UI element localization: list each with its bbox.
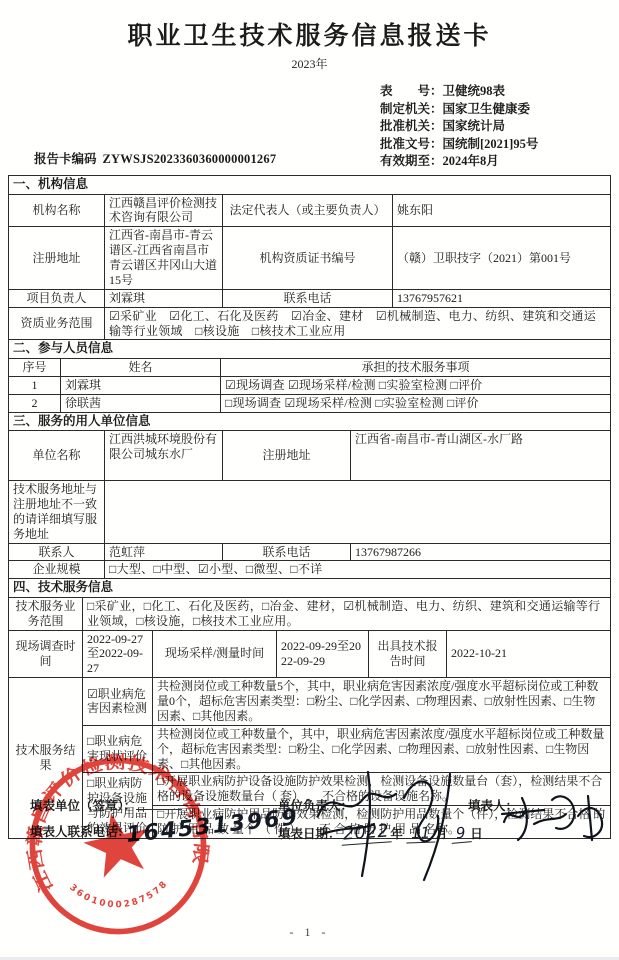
project-manager-value: 刘霖琪 bbox=[105, 289, 223, 307]
report-code-value: ZYWSJS2023360360000001267 bbox=[103, 152, 277, 166]
project-manager-row: 项目负责人 刘霖琪 联系电话 13767957621 bbox=[9, 289, 611, 307]
service-scope-checkboxes: □采矿业，□化工、石化及医药，□冶金、建材，☑机械制造、电力、纺织、建筑和交通运… bbox=[83, 597, 611, 630]
meta-form-number: 表 号：卫健统98表 bbox=[380, 83, 538, 101]
legal-rep-value: 姚东阳 bbox=[393, 194, 611, 227]
report-code-line: 报告卡编码ZYWSJS2023360360000001267 bbox=[34, 149, 276, 167]
org-phone-label: 联系电话 bbox=[223, 289, 393, 307]
employer-address-value: 江西省-南昌市-青山湖区-水厂路 bbox=[351, 431, 611, 481]
personnel-row-2: 2 徐联茜 □现场调查 ☑现场采样/检测 □实验室检测 □评价 bbox=[9, 394, 611, 412]
enterprise-scale-label: 企业规模 bbox=[9, 561, 105, 579]
employer-contact-value: 范虹萍 bbox=[105, 543, 223, 561]
employer-name-row: 单位名称 江西洪城环境股份有限公司城东水厂 注册地址 江西省-南昌市-青山湖区-… bbox=[9, 431, 611, 481]
section2-heading: 二、参与人员信息 bbox=[9, 340, 611, 359]
enterprise-scale-checkboxes: □大型、□中型、☑小型、□微型、□不详 bbox=[105, 561, 611, 579]
employer-name-value: 江西洪城环境股份有限公司城东水厂 bbox=[105, 431, 223, 481]
org-address-row: 注册地址 江西省-南昌市-青云谱区-江西省南昌市青云谱区井冈山大道15号 机构资… bbox=[9, 227, 611, 290]
employer-phone-label: 联系电话 bbox=[223, 543, 351, 561]
org-address-label: 注册地址 bbox=[9, 227, 105, 290]
col-service-header: 承担的技术服务事项 bbox=[221, 358, 611, 376]
org-phone-value: 13767957621 bbox=[393, 289, 611, 307]
result-detection-checkbox: ☑职业病危害因素检测 bbox=[83, 678, 153, 726]
org-name-label: 机构名称 bbox=[9, 194, 105, 227]
employer-contact-label: 联系人 bbox=[9, 543, 105, 561]
meta-approving-agency: 批准机关：国家统计局 bbox=[380, 118, 538, 136]
service-address-row: 技术服务地址与注册地址不一致的请详细填写服务地址 bbox=[9, 481, 611, 544]
section3-heading: 三、服务的用人单位信息 bbox=[9, 412, 611, 431]
org-address-value: 江西省-南昌市-青云谱区-江西省南昌市青云谱区井冈山大道15号 bbox=[105, 227, 223, 290]
result-detection-text: 共检测岗位或工种数量5个，其中，职业病危害因素浓度/强度水平超标岗位或工种数量0… bbox=[153, 678, 611, 726]
service-address-value bbox=[105, 481, 611, 544]
handwritten-day: 9 bbox=[450, 823, 471, 844]
section1-heading: 一、机构信息 bbox=[9, 176, 611, 195]
employer-phone-value: 13767987266 bbox=[351, 543, 611, 561]
result-status-eval-text: 共检测岗位或工种数量个，其中，职业病危害因素浓度/强度水平超标岗位或工种数量个，… bbox=[153, 725, 611, 773]
qualification-scope-checkboxes: ☑采矿业 ☑化工、石化及医药 ☑冶金、建材 ☑机械制造、电力、纺织、建筑和交通运… bbox=[105, 307, 611, 340]
qualification-scope-label: 资质业务范围 bbox=[9, 307, 105, 340]
service-address-label: 技术服务地址与注册地址不一致的请详细填写服务地址 bbox=[9, 481, 105, 544]
survey-time-label: 现场调查时间 bbox=[9, 630, 83, 678]
sampling-time-label: 现场采样/测量时间 bbox=[153, 630, 277, 678]
enterprise-scale-row: 企业规模 □大型、□中型、☑小型、□微型、□不详 bbox=[9, 561, 611, 579]
col-name-header: 姓名 bbox=[61, 358, 221, 376]
personnel-header-row: 序号 姓名 承担的技术服务事项 bbox=[9, 358, 611, 376]
seal-star-icon bbox=[79, 806, 157, 880]
form-table: 一、机构信息 机构名称 江西赣昌评价检测技术咨询有限公司 法定代表人（或主要负责… bbox=[8, 175, 611, 839]
employer-name-label: 单位名称 bbox=[9, 431, 105, 481]
svg-text:3601000287578: 3601000287578 bbox=[66, 863, 174, 921]
sampling-time-value: 2022-09-29至2022-09-29 bbox=[277, 630, 369, 678]
cert-no-label: 机构资质证书编号 bbox=[223, 227, 393, 290]
section2-personnel: 二、参与人员信息 序号 姓名 承担的技术服务事项 1 刘霖琪 ☑现场调查 ☑现场… bbox=[8, 339, 611, 412]
handwritten-year: 2022 bbox=[340, 820, 391, 845]
meta-approval-number: 批准文号：国统制[2021]95号 bbox=[380, 136, 538, 154]
legal-rep-label: 法定代表人（或主要负责人） bbox=[223, 194, 393, 227]
personnel-row-1: 1 刘霖琪 ☑现场调查 ☑现场采样/检测 □实验室检测 □评价 bbox=[9, 376, 611, 394]
handwritten-month: 11 bbox=[406, 823, 436, 843]
col-no-header: 序号 bbox=[9, 358, 61, 376]
section3-employer-info: 三、服务的用人单位信息 单位名称 江西洪城环境股份有限公司城东水厂 注册地址 江… bbox=[8, 412, 611, 580]
section1-org-info: 一、机构信息 机构名称 江西赣昌评价检测技术咨询有限公司 法定代表人（或主要负责… bbox=[8, 175, 611, 340]
fill-date-label: 填表日期： bbox=[278, 827, 341, 841]
meta-issuing-agency: 制定机关：国家卫生健康委 bbox=[380, 101, 538, 119]
service-scope-label: 技术服务业务范围 bbox=[9, 597, 83, 630]
section4-heading: 四、技术服务信息 bbox=[9, 579, 611, 598]
page-title: 职业卫生技术服务信息报送卡 bbox=[0, 16, 619, 52]
meta-valid-until: 有效期至：2024年8月 bbox=[380, 153, 538, 171]
seal-code: 3601000287578 bbox=[66, 863, 174, 921]
org-name-value: 江西赣昌评价检测技术咨询有限公司 bbox=[105, 194, 223, 227]
form-meta-block: 表 号：卫健统98表 制定机关：国家卫生健康委 批准机关：国家统计局 批准文号：… bbox=[380, 83, 538, 171]
service-times-row: 现场调查时间 2022-09-27至2022-09-27 现场采样/测量时间 2… bbox=[9, 630, 611, 678]
service-scope-row: 技术服务业务范围 □采矿业，□化工、石化及医药，□冶金、建材，☑机械制造、电力、… bbox=[9, 597, 611, 630]
employer-address-label: 注册地址 bbox=[223, 431, 351, 481]
project-manager-label: 项目负责人 bbox=[9, 289, 105, 307]
cert-no-value: （赣）卫职技字（2021）第001号 bbox=[393, 227, 611, 290]
fill-date-line: 填表日期：2022年 11月 9日 bbox=[278, 822, 483, 844]
fill-person-label: 填表人： bbox=[468, 796, 518, 814]
qualification-scope-row: 资质业务范围 ☑采矿业 ☑化工、石化及医药 ☑冶金、建材 ☑机械制造、电力、纺织… bbox=[9, 307, 611, 340]
personnel-2-services-checkboxes: □现场调查 ☑现场采样/检测 □实验室检测 □评价 bbox=[221, 394, 611, 412]
survey-time-value: 2022-09-27至2022-09-27 bbox=[83, 630, 153, 678]
report-time-value: 2022-10-21 bbox=[447, 630, 611, 678]
result-row-detection: 技术服务结果 ☑职业病危害因素检测 共检测岗位或工种数量5个，其中，职业病危害因… bbox=[9, 678, 611, 726]
org-name-row: 机构名称 江西赣昌评价检测技术咨询有限公司 法定代表人（或主要负责人） 姚东阳 bbox=[9, 194, 611, 227]
page-subtitle-year: 2023年 bbox=[0, 55, 619, 72]
report-code-label: 报告卡编码 bbox=[34, 152, 97, 166]
report-card-sheet: 职业卫生技术服务信息报送卡 2023年 表 号：卫健统98表 制定机关：国家卫生… bbox=[0, 0, 619, 960]
employer-contact-row: 联系人 范虹萍 联系电话 13767987266 bbox=[9, 543, 611, 561]
page-number: - 1 - bbox=[0, 925, 619, 940]
personnel-1-services-checkboxes: ☑现场调查 ☑现场采样/检测 □实验室检测 □评价 bbox=[221, 376, 611, 394]
report-time-label: 出具技术报告时间 bbox=[369, 630, 447, 678]
